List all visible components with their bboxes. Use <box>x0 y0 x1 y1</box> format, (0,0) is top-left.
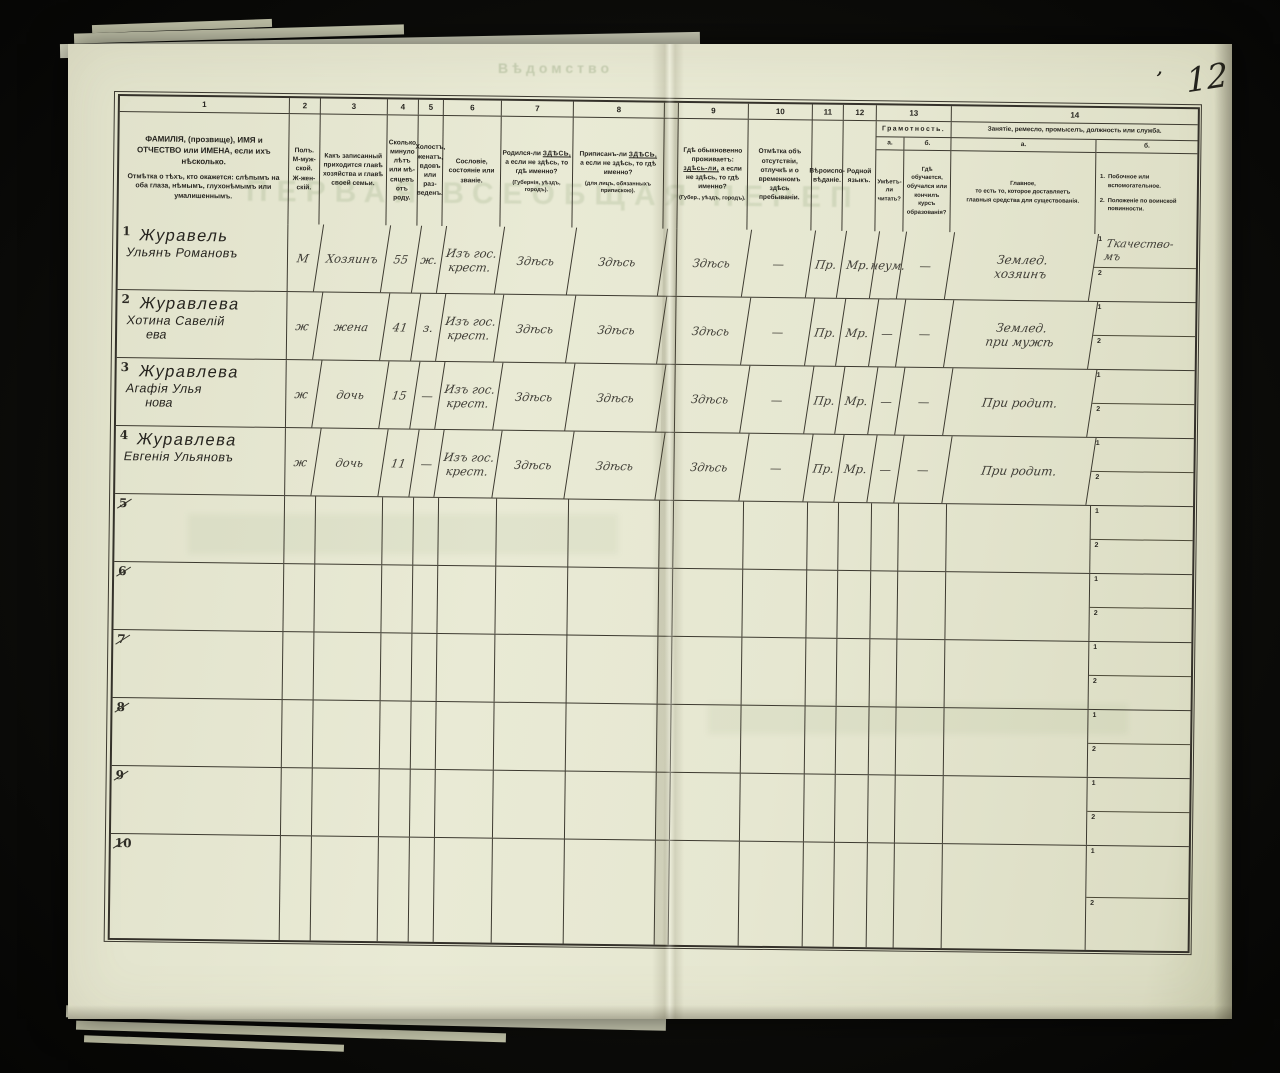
cell-relation: дочь <box>311 429 388 497</box>
cell-occupation-side: 1 2 <box>1093 302 1196 370</box>
table-row: 10 1 2 <box>110 834 1189 951</box>
cell-estate <box>434 838 493 943</box>
cell-occupation-side: 1 2 <box>1090 506 1193 574</box>
item-number: 1. <box>1100 173 1105 190</box>
header-note: (Губер., уѣздъ, городъ). <box>679 194 746 203</box>
handwritten-name: Журавель <box>138 226 291 247</box>
cell-estate <box>436 702 495 770</box>
cell-residence <box>672 569 743 637</box>
col-number: 12 <box>844 105 877 120</box>
row-number: 3 <box>121 360 130 374</box>
col-number: 2 <box>290 98 321 113</box>
cell-estate <box>435 770 494 838</box>
cell-relation <box>314 564 382 632</box>
cell-sex <box>283 632 315 699</box>
header-text: вдовъ <box>420 161 441 170</box>
cell-occupation-main <box>946 504 1091 573</box>
handwritten-entry: крест. <box>445 464 489 478</box>
page-edge-shadow <box>1214 44 1232 1019</box>
cell-occupation-side: 1 2 <box>1089 642 1192 710</box>
cell-birthplace <box>496 499 569 567</box>
cell-religion <box>807 502 839 569</box>
sub-row-number: 2 <box>1093 677 1097 684</box>
cell-absence <box>741 706 806 774</box>
cell-relation <box>311 836 379 941</box>
cell-birthplace: Здѣсь <box>495 227 577 295</box>
col-number: 10 <box>749 104 813 120</box>
cell-relation: дочь <box>312 361 389 429</box>
cell-absence <box>742 638 807 706</box>
header-text: минуло <box>390 147 415 157</box>
col-number: 14 <box>952 106 1198 124</box>
cell-religion <box>806 570 838 637</box>
header-text: отъ роду. <box>388 184 416 203</box>
cell-literacy-a <box>870 639 898 706</box>
center-fold <box>655 841 670 945</box>
header-residence-column: Гдѣ обыкновенно проживаетъ: здѣсь-ли, а … <box>677 119 748 230</box>
row-number: 2 <box>121 292 130 306</box>
sub-row-number: 2 <box>1090 900 1094 907</box>
handwritten-entry: крест. <box>447 260 491 274</box>
cell-relation: Хозяинъ <box>314 225 391 293</box>
cell-sex <box>283 564 315 631</box>
handwritten-entry: крест. <box>446 396 490 410</box>
handwritten-entry: При родит. <box>980 463 1057 478</box>
header-language-column: Родной языкъ. <box>842 121 876 231</box>
cell-birthplace: Здѣсь <box>492 431 574 499</box>
cell-residence <box>670 773 741 841</box>
cell-birthplace <box>495 635 568 703</box>
cell-name: 2 Журавлева Хотина Савелій ева <box>117 290 288 359</box>
col-number: 1 <box>120 96 290 113</box>
cell-sex <box>282 700 314 767</box>
center-fold <box>663 119 678 229</box>
header-text: ской. <box>296 165 313 174</box>
cell-estate: Изъ гос. крест. <box>437 226 505 294</box>
cell-occupation-side: 1 Ткачество- мъ 2 <box>1094 234 1197 302</box>
header-note: (для лицъ, обязанныхъ припискою). <box>574 180 662 197</box>
center-fold <box>665 103 679 118</box>
cell-name: 1 Журавель Ульянъ Романовъ <box>118 222 289 291</box>
cell-registration <box>568 500 660 568</box>
stacked-sheet-edge <box>84 1035 344 1052</box>
cell-name: 5 <box>114 494 285 563</box>
header-marital-column: Холостъ, женатъ, вдовъ или раз- веденъ. <box>417 116 443 226</box>
cell-absence: — <box>739 434 813 502</box>
col-number: 13 <box>877 105 952 121</box>
center-fold <box>659 501 674 568</box>
header-row: ФАМИЛІЯ, (прозвище), ИМЯ и ОТЧЕСТВО или … <box>118 112 1197 235</box>
cell-religion <box>805 706 837 773</box>
header-occupation-column: Занятіе, ремесло, промыселъ, должность и… <box>950 122 1197 235</box>
cell-name: 3 Журавлева Агафія Улья нова <box>116 358 287 427</box>
cell-registration: Здѣсь <box>566 296 667 364</box>
handwritten-entry: Ткачество- <box>1105 237 1175 251</box>
header-text: Сословіе, состояніе или званіе. <box>444 157 499 185</box>
sub-row-number: 1 <box>1092 780 1096 787</box>
col-number: 11 <box>813 104 844 119</box>
handwritten-entry: хозяинъ <box>993 266 1047 281</box>
sub-row-number: 1 <box>1098 236 1102 243</box>
occupation-sub-b: б. 1. Побочное или вспомогательное. 2. П… <box>1095 140 1197 235</box>
header-text: Полъ. <box>295 146 315 155</box>
sub-row-number: 2 <box>1096 405 1100 412</box>
header-text-emph: ЗДѢСЬ, <box>629 151 657 158</box>
header-text: скій. <box>296 183 311 192</box>
cell-absence <box>742 570 807 638</box>
row-number: 4 <box>120 428 129 442</box>
cell-literacy-b <box>898 504 947 572</box>
cell-birthplace: Здѣсь <box>494 295 576 363</box>
census-sheet: Вѣдомство ПЕРВАЯ ВСЕОБЩАЯ ПЕРЕП ’ 12 1 2… <box>68 44 1232 1019</box>
header-text: М-муж- <box>293 155 316 165</box>
cell-birthplace: Здѣсь <box>493 363 575 431</box>
header-text: языкъ. <box>848 176 871 185</box>
cell-estate: Изъ гос. крест. <box>434 430 502 498</box>
cell-marital <box>412 566 438 633</box>
cell-literacy-b <box>897 572 946 640</box>
cell-name: 10 <box>110 834 281 940</box>
cell-name: 8 <box>112 698 283 767</box>
header-text: Ж-жен- <box>293 174 316 183</box>
header-text: женатъ, <box>417 152 443 162</box>
cell-residence <box>672 637 743 705</box>
cell-estate: Изъ гос. крест. <box>435 362 503 430</box>
row-number: 1 <box>122 224 131 238</box>
cell-absence: — <box>742 230 816 298</box>
literacy-sub-b: б. Гдѣ обучается, обучался или кончилъ к… <box>903 138 950 233</box>
sub-letter: б. <box>904 138 950 152</box>
center-fold <box>656 773 671 840</box>
cell-relation <box>313 700 381 768</box>
cell-registration: Здѣсь <box>565 364 666 432</box>
sub-row-number: 2 <box>1095 473 1099 480</box>
cell-relation <box>314 632 382 700</box>
header-religion-column: Вѣроиспо- вѣданіе. <box>811 120 843 230</box>
handwritten-entry: Изъ гос. <box>445 246 498 261</box>
sub-row-number: 2 <box>1091 813 1095 820</box>
cell-literacy-a <box>871 503 899 570</box>
cell-religion <box>804 774 836 841</box>
handwritten-name: Журавлева <box>138 294 291 315</box>
sub-row-number: 2 <box>1097 337 1101 344</box>
photo-background: Вѣдомство ПЕРВАЯ ВСЕОБЩАЯ ПЕРЕП ’ 12 1 2… <box>0 0 1280 1073</box>
header-text: Сколько <box>389 138 416 148</box>
header-text: Гдѣ обучается, обучался или кончилъ курс… <box>903 151 950 233</box>
cell-relation: жена <box>313 293 390 361</box>
cell-absence <box>739 842 804 947</box>
header-sex-column: Полъ. М-муж- ской. Ж-жен- скій. <box>288 114 320 224</box>
row-number-struck: 10 <box>115 836 132 850</box>
sub-row-number: 1 <box>1094 576 1098 583</box>
cell-occupation-side: 1 2 <box>1091 438 1194 506</box>
header-registration-column: Приписанъ-ли ЗДѢСЬ, а если не здѣсь, то … <box>572 118 664 229</box>
cell-estate <box>437 634 496 702</box>
handwritten-entry: Изъ гос. <box>444 382 497 397</box>
cell-residence <box>669 841 740 946</box>
page-edge-shadow <box>68 1005 1232 1019</box>
cell-sex <box>281 768 313 835</box>
col-number: 9 <box>679 103 749 119</box>
handwritten-entry: Землед. <box>996 252 1049 267</box>
sub-row-number: 1 <box>1096 440 1100 447</box>
handwritten-name: Евгенія Ульяновъ <box>123 449 285 465</box>
sub-letter: б. <box>1096 140 1197 154</box>
cell-sex <box>280 836 312 940</box>
literacy-title: Грамотность. <box>877 121 951 138</box>
row-number-struck: 8 <box>116 700 125 714</box>
cell-estate <box>438 498 497 566</box>
cell-occupation-side: 1 2 <box>1092 370 1195 438</box>
row-number-struck: 9 <box>116 768 125 782</box>
col-number: 3 <box>321 98 388 114</box>
header-birthplace-column: Родился-ли ЗДѢСЬ, а если не здѣсь, то гд… <box>500 117 573 228</box>
handwritten-entry: крест. <box>447 328 491 342</box>
cell-residence: Здѣсь <box>670 365 750 433</box>
cell-language <box>836 707 870 774</box>
header-text-emph: здѣсь-ли, <box>683 165 719 172</box>
cell-language <box>835 775 869 842</box>
cell-occupation-main: Землед. при мужѣ <box>944 300 1098 369</box>
cell-occupation-main <box>945 640 1090 709</box>
col-number: 4 <box>388 99 419 114</box>
cell-marital <box>413 498 439 565</box>
sub-row-number: 2 <box>1095 541 1099 548</box>
sub-row-number: 2 <box>1094 609 1098 616</box>
cell-occupation-main: При родит. <box>942 436 1096 505</box>
cell-occupation-side: 1 2 <box>1089 574 1192 642</box>
handwritten-entry: мъ <box>1103 250 1173 264</box>
sub-row-number: 2 <box>1098 269 1102 276</box>
header-text: вѣданіе. <box>813 175 841 185</box>
handwritten-entry: При родит. <box>981 395 1058 410</box>
bleedthrough-text: Вѣдомство <box>498 60 613 76</box>
cell-registration <box>567 568 659 636</box>
cell-registration <box>565 772 657 840</box>
cell-age <box>381 633 413 700</box>
cell-absence: — <box>741 298 815 366</box>
header-note: (Губернія, уѣздъ, городъ). <box>502 179 571 195</box>
cell-registration <box>564 840 656 945</box>
ink-mark: ’ <box>1151 68 1164 94</box>
header-text: Какъ записанный приходится главѣ хозяйст… <box>321 151 385 189</box>
cell-religion <box>806 638 838 705</box>
sub-row-number: 1 <box>1092 712 1096 719</box>
handwritten-entry: Землед. <box>995 320 1048 335</box>
cell-registration: Здѣсь <box>567 228 668 296</box>
cell-literacy-a <box>870 571 898 638</box>
header-estate-column: Сословіе, состояніе или званіе. <box>442 116 501 227</box>
cell-residence: Здѣсь <box>669 433 749 501</box>
cell-age <box>379 769 411 836</box>
cell-relation <box>315 496 383 564</box>
header-text: Умѣетъ-ли читать? <box>875 150 903 231</box>
header-age-column: Сколько минуло лѣтъ или мѣ- сяцевъ отъ р… <box>386 115 418 225</box>
cell-literacy-b <box>895 776 944 844</box>
header-text: Отмѣтка о тѣхъ, кто окажется: слѣпымъ на… <box>122 172 285 203</box>
cell-literacy-b <box>894 844 943 949</box>
cell-occupation-main <box>945 572 1090 641</box>
header-text: Положеніе по воинской повинности. <box>1108 197 1193 215</box>
cell-registration: Здѣсь <box>564 432 665 500</box>
sub-letter: а. <box>876 137 903 150</box>
cell-marital <box>409 838 435 942</box>
col-number: 5 <box>419 100 444 115</box>
header-text: Побочное или вспомогательное. <box>1108 173 1193 191</box>
header-text: а если не здѣсь, то гдѣ именно? <box>502 158 571 177</box>
cell-occupation-side: 1 2 <box>1087 778 1190 846</box>
header-text: Гдѣ обыкновенно проживаетъ: <box>679 145 746 164</box>
cell-occupation-main: Землед. хозяинъ <box>945 232 1099 301</box>
cell-literacy-a <box>867 843 895 947</box>
row-number-struck: 6 <box>118 564 127 578</box>
literacy-sub-a: а. Умѣетъ-ли читать? <box>875 137 904 231</box>
sub-row-number: 1 <box>1097 304 1101 311</box>
handwritten-name: Журавлева <box>137 362 290 383</box>
cell-absence: — <box>740 366 814 434</box>
header-literacy-column: Грамотность. а. Умѣетъ-ли читать? б. Гдѣ… <box>875 121 951 232</box>
handwritten-entry: Изъ гос. <box>444 314 497 329</box>
sub-row-number: 1 <box>1091 848 1095 855</box>
handwritten-entry: Изъ гос. <box>443 450 496 465</box>
header-text: Родной <box>847 167 872 177</box>
handwritten-name: Журавлева <box>135 430 288 451</box>
cell-age <box>380 701 412 768</box>
cell-occupation-main <box>944 708 1089 777</box>
cell-age <box>382 497 414 564</box>
cell-absence <box>743 502 808 570</box>
cell-language <box>837 571 871 638</box>
census-table: 1 2 3 4 5 6 7 8 9 10 11 12 13 14 ФАМИЛІЯ… <box>108 94 1200 953</box>
cell-name: 9 <box>111 766 282 835</box>
center-fold <box>657 705 672 772</box>
header-text-emph: ЗДѢСЬ, <box>543 150 571 157</box>
sub-row-number: 1 <box>1097 372 1101 379</box>
header-text: веденъ. <box>417 189 443 199</box>
cell-residence <box>671 705 742 773</box>
item-number: 2. <box>1100 197 1105 214</box>
header-text: Вѣроиспо- <box>809 166 845 176</box>
cell-residence <box>673 501 744 569</box>
header-text: лѣтъ <box>394 157 411 166</box>
col-number: 8 <box>574 102 665 118</box>
row-number-struck: 7 <box>117 632 126 646</box>
header-text: Отмѣтка объ отсутствіи, отлучкѣ и о врем… <box>749 147 811 203</box>
row-number-struck: 5 <box>119 496 128 510</box>
sub-row-number: 1 <box>1093 644 1097 651</box>
cell-religion <box>803 842 835 946</box>
cell-birthplace <box>492 839 565 944</box>
cell-age <box>378 837 410 941</box>
cell-estate: Изъ гос. крест. <box>436 294 504 362</box>
header-text: Приписанъ-ли <box>579 150 627 158</box>
header-name-column: ФАМИЛІЯ, (прозвище), ИМЯ и ОТЧЕСТВО или … <box>118 112 289 224</box>
cell-marital <box>411 702 437 769</box>
header-text: или мѣ- <box>389 166 415 176</box>
cell-residence: Здѣсь <box>672 229 752 297</box>
cell-literacy-a <box>869 707 897 774</box>
cell-name: 7 <box>113 630 284 699</box>
cell-name: 4 Журавлева Евгенія Ульяновъ <box>115 426 286 495</box>
cell-age <box>381 565 413 632</box>
center-fold <box>658 569 673 636</box>
header-relation-column: Какъ записанный приходится главѣ хозяйст… <box>319 114 387 225</box>
cell-occupation-main <box>942 844 1087 950</box>
cell-occupation-main <box>943 776 1088 845</box>
header-text: Родился-ли <box>502 150 541 157</box>
cell-sex <box>284 496 316 563</box>
header-text: или раз- <box>419 171 441 190</box>
cell-registration <box>567 636 659 704</box>
cell-language <box>837 639 871 706</box>
col-number: 7 <box>502 101 574 117</box>
header-text: Главное, <box>1010 180 1036 189</box>
cell-registration <box>566 704 658 772</box>
cell-marital <box>410 770 436 837</box>
cell-relation <box>312 768 380 836</box>
cell-name: 6 <box>113 562 284 631</box>
cell-occupation-side: 1 2 <box>1088 710 1191 778</box>
cell-occupation-main: При родит. <box>943 368 1097 437</box>
cell-literacy-b <box>897 640 946 708</box>
sub-row-number: 1 <box>1095 508 1099 515</box>
header-text: ФАМИЛІЯ, (прозвище), ИМЯ и ОТЧЕСТВО или … <box>122 133 285 169</box>
cell-birthplace <box>493 771 566 839</box>
cell-language <box>834 843 868 947</box>
header-text: Холостъ, <box>415 143 445 153</box>
cell-birthplace <box>495 567 568 635</box>
cell-residence: Здѣсь <box>671 297 751 365</box>
cell-absence <box>740 774 805 842</box>
cell-language <box>838 503 872 570</box>
cell-occupation-side: 1 2 <box>1086 846 1189 951</box>
center-fold <box>658 637 673 704</box>
handwritten-name: ева <box>145 327 285 343</box>
header-text: а если не здѣсь, то гдѣ именно? <box>574 159 662 179</box>
cell-literacy-b <box>896 708 945 776</box>
header-absence-column: Отмѣтка объ отсутствіи, отлучкѣ и о врем… <box>747 120 812 231</box>
header-text: сяцевъ <box>390 175 414 185</box>
cell-birthplace <box>494 703 567 771</box>
sub-row-number: 2 <box>1092 745 1096 752</box>
handwritten-name: Ульянъ Романовъ <box>125 245 287 261</box>
col-number: 6 <box>444 100 502 116</box>
occupation-sub-a: а. Главное, то есть то, которое доставля… <box>950 138 1096 234</box>
handwritten-entry: при мужѣ <box>984 334 1054 349</box>
cell-marital <box>412 634 438 701</box>
handwritten-name: нова <box>144 395 284 411</box>
header-text: главныя средства для существованія. <box>966 196 1079 206</box>
cell-estate <box>437 566 496 634</box>
cell-literacy-a <box>868 775 896 842</box>
